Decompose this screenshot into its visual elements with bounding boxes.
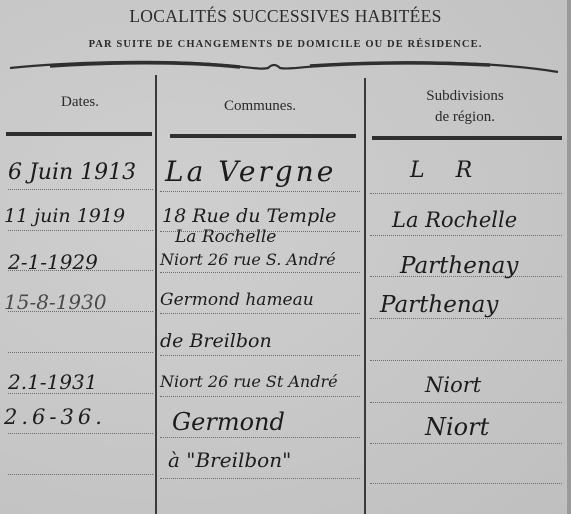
entry-commune: de Breilbon: [160, 330, 272, 352]
entry-commune: à "Breilbon": [168, 448, 291, 472]
entry-commune: Niort 26 rue S. André: [160, 250, 336, 269]
entry-date: 11 juin 1919: [4, 205, 125, 227]
column-header-communes: Communes.: [170, 96, 350, 117]
header-rule-dates: [6, 132, 152, 136]
entry-commune: La Rochelle: [175, 227, 276, 247]
entry-date: 2.1-1931: [8, 370, 97, 394]
header-rule-subdivisions: [372, 136, 562, 140]
entry-subdivision: Parthenay: [400, 253, 518, 279]
entry-subdivision: L R: [410, 158, 484, 183]
entry-commune: Niort 26 rue St André: [160, 372, 338, 391]
entry-date: 6 Juin 1913: [8, 160, 136, 185]
entry-subdivision: Niort: [425, 413, 489, 441]
column-header-dates: Dates.: [20, 92, 140, 113]
entry-date: 2.6-36.: [4, 405, 106, 429]
entry-subdivision: La Rochelle: [392, 208, 517, 232]
entry-date: 2-1-1929: [8, 250, 98, 274]
header-rule-communes: [170, 134, 356, 138]
column-divider-2: [364, 78, 366, 514]
entry-commune: Germond: [172, 408, 285, 436]
column-divider-1: [155, 75, 157, 514]
column-header-subdivisions: Subdivisions de région.: [380, 86, 550, 128]
page-subtitle: PAR SUITE DE CHANGEMENTS DE DOMICILE OU …: [0, 39, 571, 50]
entry-subdivision: Parthenay: [380, 292, 498, 318]
page-edge: [567, 0, 571, 514]
entry-subdivision: Niort: [425, 373, 481, 397]
entry-commune: Germond hameau: [160, 290, 314, 310]
decorative-flourish-icon: [10, 58, 560, 80]
entry-commune: 18 Rue du Temple: [162, 205, 336, 227]
column-header-subdivisions-line1: Subdivisions: [380, 86, 550, 107]
entry-date: 15-8-1930: [4, 290, 107, 314]
column-header-subdivisions-line2: de région.: [380, 107, 550, 128]
document-page: LOCALITÉS SUCCESSIVES HABITÉES PAR SUITE…: [0, 0, 571, 514]
page-title: LOCALITÉS SUCCESSIVES HABITÉES: [0, 6, 571, 27]
entry-commune: La Vergne: [165, 155, 336, 188]
